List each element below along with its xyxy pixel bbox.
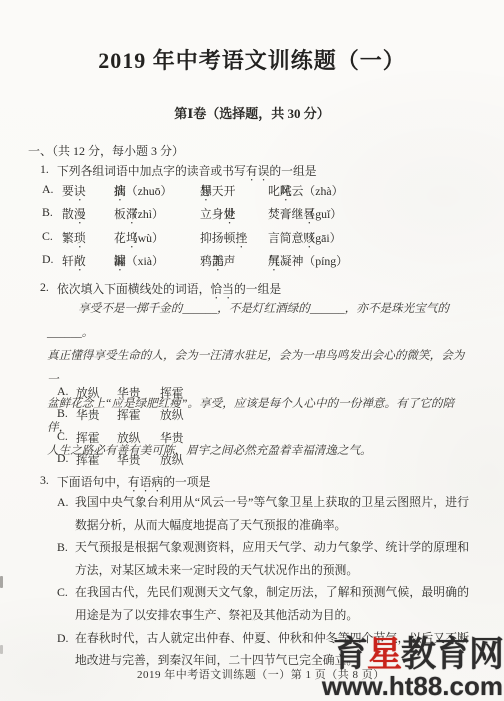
stem-text: 下面语句中， [57,475,128,489]
word-item: 挥霍 [76,429,100,446]
option-text: 在我国古代，先民们观测天文气象，制定历法，了解和预测气候，最明确的用途是为了以安… [75,585,469,622]
q2-option-a: A. 放纵 华贵 挥霍 [0,384,504,404]
option-label: C. [57,581,68,604]
word-item: 放纵 [117,429,141,446]
q2-option-c: C. 挥霍 放纵 华贵 [0,429,504,449]
word-item: 鸦鹊无声 [200,252,235,269]
option-label: B. [57,406,68,421]
exam-part-subtitle: 第Ⅰ卷（选择题，共 30 分） [0,103,504,122]
word-item: 轩敞 [62,252,74,269]
word-item: 挥霍 [117,406,141,423]
stem-text: 的一组是 [269,164,316,178]
word-item: 叱咤风云（zhà） [268,182,343,199]
stem-text: 依次填入下面横线处的词语， [57,282,210,296]
word-item: 异想天开 [200,182,235,199]
option-label: D. [57,451,68,466]
word-item: 罅漏（xià） [114,252,164,269]
word-item: 屏气凝神（píng） [268,252,348,269]
page-title: 2019 年中考语文训练题（一） [0,44,504,75]
word-item: 言简意赅（gāi） [268,229,341,246]
word-item: 焚膏继晷（guǐ） [268,205,342,222]
question-3-number: 3. [40,473,49,488]
q1-option-b: B. 散漫 板滞（zhì） 立身处世 焚膏继晷（guǐ） [0,205,504,225]
scan-artifact [0,645,3,654]
word-item: 花坞（wù） [114,229,164,246]
question-2-stem-row: 2. 依次填入下面横线处的词语，恰当的一组是 [0,280,504,298]
stem-text: 下列各组词语中加点字的读音或书写 [57,164,246,178]
word-item: 华贵 [117,451,141,468]
stem-text: 的一组是 [234,282,281,296]
watermark: 育星教育网 www.ht88.com [322,637,503,699]
word-item: 华贵 [76,406,100,423]
option-label: D. [42,252,53,267]
q1-option-a: A. 要诀 拙病（zhuō） 异想天开 叱咤风云（zhà） [0,182,504,202]
option-label: B. [42,205,53,220]
stem-emphasis-word: 有误 [246,164,270,178]
option-label: A. [57,384,68,399]
word-item: 要诀 [62,182,74,199]
q3-option-b: B. 天气预报是根据气象观测资料，应用天气学、动力气象学、统计学的原理和方法，对… [57,536,469,581]
option-text: 天气预报是根据气象观测资料，应用天气学、动力气象学、统计学的原理和方法，对某区域… [75,540,469,577]
q3-option-a: A. 我国中央气象台利用从“风云一号”等气象卫星上获取的卫星云图照片，进行数据分… [57,491,469,536]
word-item: 散漫 [62,205,74,222]
scanned-exam-page: 2019 年中考语文训练题（一） 第Ⅰ卷（选择题，共 30 分） 一、（共 12… [0,0,504,701]
word-item: 挥霍 [160,384,184,401]
watermark-url: www.ht88.com [322,673,503,699]
word-item: 抑扬顿挫 [200,229,235,246]
stem-text: 的一项是 [163,475,210,489]
option-label: C. [57,429,68,444]
word-item: 华贵 [117,384,141,401]
word-item: 拙病（zhuō） [114,182,172,199]
scan-artifact [0,576,3,588]
question-1-number: 1. [40,162,49,177]
word-item: 繁琐 [62,229,74,246]
q1-option-d: D. 轩敞 罅漏（xià） 鸦鹊无声 屏气凝神（píng） [0,252,504,272]
word-item: 华贵 [160,429,184,446]
stem-emphasis-word: 恰当 [210,282,234,296]
question-3-stem-row: 3. 下面语句中，有语病的一项是 [0,473,504,491]
section-header: 一、（共 12 分，每小题 3 分） [28,142,184,159]
question-2-number: 2. [40,280,49,295]
q1-option-c: C. 繁琐 花坞（wù） 抑扬顿挫 言简意赅（gāi） [0,229,504,249]
passage-line: 享受不是一掷千金的______，不是灯红酒绿的______，亦不是珠光宝气的__… [47,297,471,344]
watermark-brand: 育星教育网 [322,637,503,672]
word-item: 放纵 [160,406,184,423]
q2-option-b: B. 华贵 挥霍 放纵 [0,406,504,426]
option-label: C. [42,229,53,244]
stem-emphasis-word: 有语病 [128,475,163,489]
brand-text: 教育网 [401,635,503,674]
q2-option-d: D. 挥霍 华贵 放纵 [0,451,504,471]
question-1-stem: 下列各组词语中加点字的读音或书写有误的一组是 [57,162,317,184]
brand-text: 育 [333,635,367,674]
question-1-stem-row: 1. 下列各组词语中加点字的读音或书写有误的一组是 [0,162,504,180]
word-item: 板滞（zhì） [114,205,164,222]
word-item: 立身处世 [200,205,235,222]
option-label: A. [57,491,68,514]
option-text: 我国中央气象台利用从“风云一号”等气象卫星上获取的卫星云图照片，进行数据分析，从… [75,495,469,532]
option-label: A. [42,182,53,197]
q3-option-c: C. 在我国古代，先民们观测天文气象，制定历法，了解和预测气候，最明确的用途是为… [57,581,469,626]
option-label: D. [57,627,68,650]
word-item: 放纵 [76,384,100,401]
brand-star-red: 星 [367,635,401,674]
word-item: 挥霍 [76,451,100,468]
option-label: B. [57,536,68,559]
word-item: 放纵 [160,451,184,468]
